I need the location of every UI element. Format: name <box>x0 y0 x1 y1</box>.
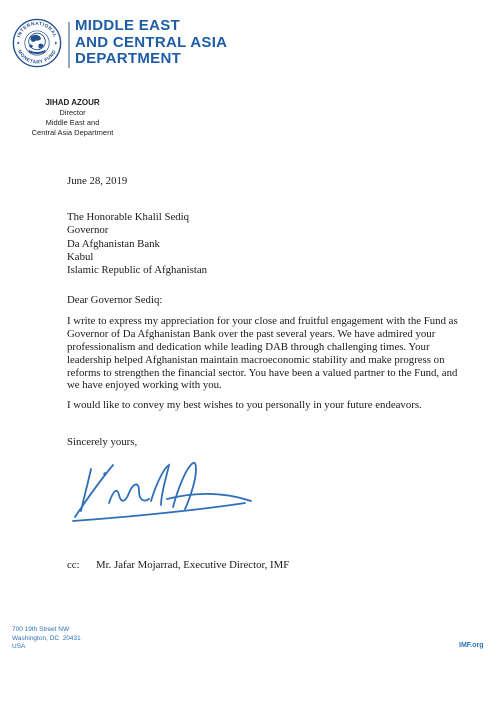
sender-name: JIHAD AZOUR <box>4 98 141 108</box>
footer-address-line-1: 700 19th Street NW <box>12 626 81 635</box>
sender-block: JIHAD AZOUR Director Middle East and Cen… <box>4 98 141 138</box>
department-line-1: MIDDLE EAST <box>75 18 227 35</box>
cc-value: Mr. Jafar Mojarrad, Executive Director, … <box>96 559 289 572</box>
sender-title: Director <box>4 108 141 118</box>
letter-page: INTERNATIONAL MONETARY FUND MIDDLE EAST … <box>0 0 500 709</box>
letter-content: June 28, 2019 The Honorable Khalil Sediq… <box>67 175 459 572</box>
paragraph-2: I would like to convey my best wishes to… <box>67 399 459 412</box>
footer-website: IMF.org <box>459 642 484 649</box>
recipient-line-5: Islamic Republic of Afghanistan <box>67 264 459 277</box>
signature-handwritten <box>69 453 254 523</box>
recipient-address: The Honorable Khalil Sediq Governor Da A… <box>67 211 459 277</box>
recipient-line-1: The Honorable Khalil Sediq <box>67 211 459 224</box>
footer-address-line-2: Washington, DC 20431 <box>12 635 81 644</box>
sender-dept-line-2: Central Asia Department <box>4 128 141 138</box>
department-name: MIDDLE EAST AND CENTRAL ASIA DEPARTMENT <box>75 18 227 68</box>
imf-seal-icon: INTERNATIONAL MONETARY FUND <box>12 18 62 68</box>
recipient-line-2: Governor <box>67 224 459 237</box>
letterhead-divider <box>68 22 70 68</box>
footer-address-line-3: USA <box>12 643 81 652</box>
paragraph-1: I write to express my appreciation for y… <box>67 315 459 392</box>
recipient-line-4: Kabul <box>67 251 459 264</box>
cc-line: cc: Mr. Jafar Mojarrad, Executive Direct… <box>67 559 459 572</box>
closing: Sincerely yours, <box>67 436 459 449</box>
salutation: Dear Governor Sediq: <box>67 294 459 307</box>
department-line-2: AND CENTRAL ASIA <box>75 35 227 52</box>
letterhead: INTERNATIONAL MONETARY FUND MIDDLE EAST … <box>0 0 500 90</box>
sender-dept-line-1: Middle East and <box>4 118 141 128</box>
department-line-3: DEPARTMENT <box>75 51 227 68</box>
footer-address: 700 19th Street NW Washington, DC 20431 … <box>12 626 81 652</box>
recipient-line-3: Da Afghanistan Bank <box>67 238 459 251</box>
letter-date: June 28, 2019 <box>67 175 459 188</box>
cc-label: cc: <box>67 559 96 572</box>
